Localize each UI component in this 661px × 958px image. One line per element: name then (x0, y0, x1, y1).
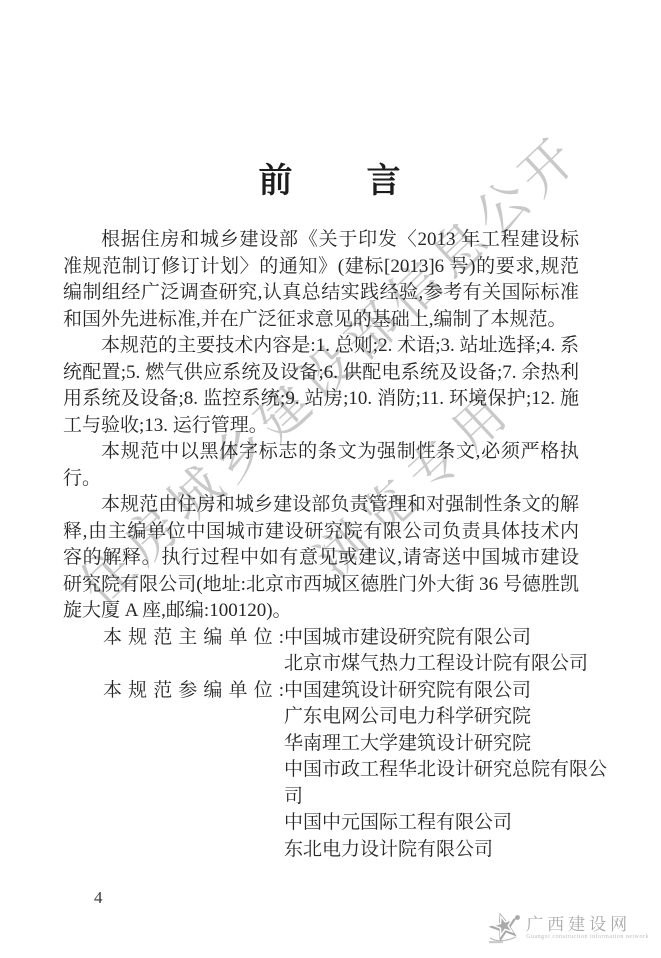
site-logo: 广西建设网 Guangxi construction information n… (486, 908, 649, 948)
document-page: 住房城乡建设部信息公开 浏览专用 前 言 根据住房和城乡建设部《关于印发〈201… (0, 0, 661, 958)
editor-unit: 中国城市建设研究院有限公司 (284, 625, 607, 652)
editor-unit: 中国建筑设计研究院有限公司 (284, 678, 607, 705)
paragraph: 根据住房和城乡建设部《关于印发〈2013 年工程建设标准规范制订修订计划〉的通知… (63, 227, 579, 333)
site-logo-name: 广西建设网 (526, 916, 649, 934)
page-number: 4 (94, 888, 103, 908)
editor-unit: 北京市煤气热力工程设计院有限公司 (284, 651, 607, 678)
editor-unit: 中国中元国际工程有限公司 (284, 810, 607, 837)
paragraph: 本规范中以黑体字标志的条文为强制性条文,必须严格执行。 (63, 439, 579, 492)
chief-editor-label: 本规范主编单位: (103, 625, 284, 652)
participating-editor-row: 本规范参编单位: 中国建筑设计研究院有限公司 广东电网公司电力科学研究院 华南理… (103, 678, 579, 864)
star-icon (486, 908, 522, 948)
document-body: 根据住房和城乡建设部《关于印发〈2013 年工程建设标准规范制订修订计划〉的通知… (63, 227, 579, 863)
page-title: 前 言 (0, 153, 661, 202)
chief-editor-row: 本规范主编单位: 中国城市建设研究院有限公司 北京市煤气热力工程设计院有限公司 (103, 625, 579, 678)
editor-unit: 华南理工大学建筑设计研究院 (284, 731, 607, 758)
paragraph: 本规范的主要技术内容是:1. 总则;2. 术语;3. 站址选择;4. 系统配置;… (63, 333, 579, 439)
paragraph: 本规范由住房和城乡建设部负责管理和对强制性条文的解释,由主编单位中国城市建设研究… (63, 492, 579, 625)
editor-unit: 东北电力设计院有限公司 (284, 837, 607, 864)
editor-unit: 中国市政工程华北设计研究总院有限公司 (284, 757, 607, 810)
participating-editor-label: 本规范参编单位: (103, 678, 284, 705)
chief-editor-units: 中国城市建设研究院有限公司 北京市煤气热力工程设计院有限公司 (284, 625, 607, 678)
site-logo-tagline: Guangxi construction information network (526, 934, 649, 941)
participating-editor-units: 中国建筑设计研究院有限公司 广东电网公司电力科学研究院 华南理工大学建筑设计研究… (284, 678, 607, 864)
editor-unit: 广东电网公司电力科学研究院 (284, 704, 607, 731)
